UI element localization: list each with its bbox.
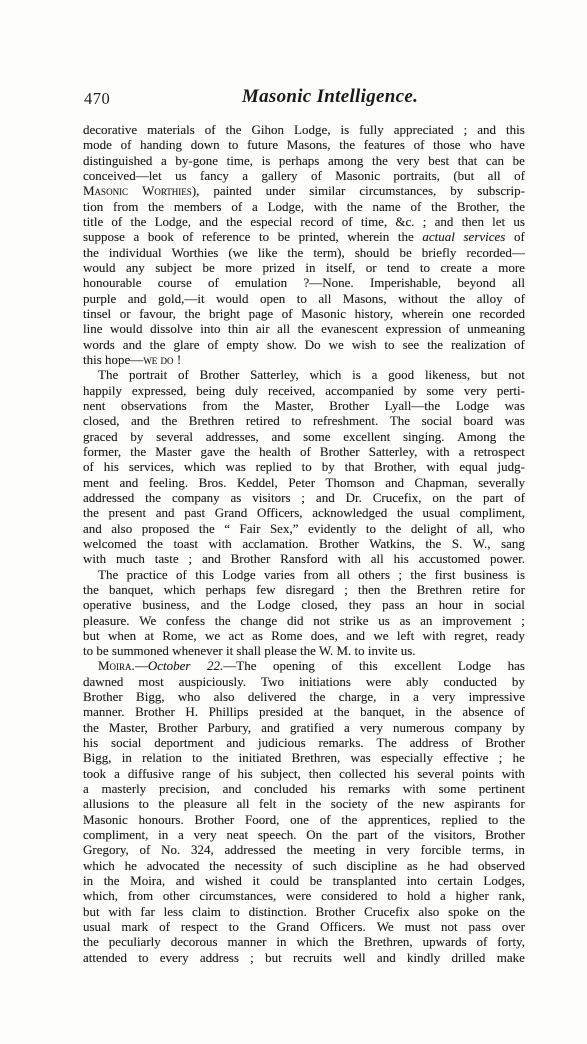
text-line: amasterlyprecision,andconcludedhisremark… [83,781,525,796]
text-line: Gregory,ofNo.324,addressedthemeetinginve… [83,842,525,857]
text-line: allusionstothepleasureallfeltinthesociet… [83,796,525,811]
text-line: purpleandgold,—itwouldopentoallMasons,wi… [83,291,525,306]
page-title: Masonic Intelligence. [83,86,525,108]
text-line: former,theMastergavethehealthofBrotherSa… [83,444,525,459]
text-line: withmuchtaste;andBrotherRansfordwithallh… [83,551,525,566]
text-line: hissocialdeportmentandjudiciousremarks.T… [83,735,525,750]
scanned-page: 470 Masonic Intelligence. decorativemate… [0,0,587,1044]
text-line: Moira.—October22.—Theopeningofthisexcell… [83,658,525,673]
text-line: tookadiffusiverangeofhissubject,thencoll… [83,766,525,781]
text-line: manner.BrotherH.Phillipspresidedattheban… [83,704,525,719]
text-line: theMaster,BrotherParbury,andgratifiedave… [83,720,525,735]
text-line: Masonichonours.BrotherFoord,oneoftheappr… [83,812,525,827]
page-body-text: decorativematerialsoftheGihonLodge,isful… [83,122,525,965]
text-line: andalsoproposedthe“FairSex,”evidentlytot… [83,521,525,536]
text-line: thepresentandpastGrandOfficers,acknowled… [83,505,525,520]
text-line: MasonicWorthies),paintedundersimilarcirc… [83,183,525,198]
text-line: nentobservationsfromtheMaster,BrotherLya… [83,398,525,413]
text-line: dawnedmostauspiciously.Twoinitiationswer… [83,674,525,689]
text-line: operativebusiness,andtheLodgeclosed,they… [83,597,525,612]
text-line: welcomedthetoastwithacclamation.BrotherW… [83,536,525,551]
text-line: closed,andtheBrethrenretiredtorefreshmen… [83,413,525,428]
text-line: linewoulddissolveintothinairalltheevanes… [83,321,525,336]
text-line: ofhisservices,whichwasrepliedtobythatBro… [83,459,525,474]
text-line: this hope—we do ! [83,352,525,367]
text-line: BrotherBigg,whoalsodeliveredthecharge,in… [83,689,525,704]
text-line: theindividualWorthies(weliketheterm),sho… [83,245,525,260]
text-line: titleoftheLodge,andtheespecialrecordofti… [83,214,525,229]
text-column: 470 Masonic Intelligence. decorativemate… [83,86,525,965]
text-line: honourablecourseofemulation?—None.Imperi… [83,275,525,290]
text-line: thepeculiarlydecorousmannerinwhichtheBre… [83,934,525,949]
text-line: to be summoned whenever it shall please … [83,643,525,658]
text-line: tinselorfavour,thebrightpageofMasonichis… [83,306,525,321]
text-line: wordsandtheglareofemptyshow.Dowewishtose… [83,337,525,352]
text-line: modeofhandingdowntofutureMasons,thefeatu… [83,137,525,152]
text-line: addressedthecompanyasvisitors;andDr.Cruc… [83,490,525,505]
text-line: thebanquet,whichperhapsfewdisregard;then… [83,582,525,597]
text-line: decorativematerialsoftheGihonLodge,isful… [83,122,525,137]
text-line: butwhenatRome,weactasRomedoes,andweleftw… [83,628,525,643]
text-line: wouldanysubjectbemoreprizedinitself,orte… [83,260,525,275]
text-line: supposeabookofreferencetobeprinted,where… [83,229,525,244]
text-line: butwithfarlessclaimtodistinction.Brother… [83,904,525,919]
text-line: compliment,inaveryneatspeech.Onthepartof… [83,827,525,842]
text-line: TheportraitofBrotherSatterley,whichisago… [83,367,525,382]
text-line: happilyexpressed,beingdulyreceived,accom… [83,383,525,398]
text-line: attendedtoeveryaddress;butrecruitswellan… [83,950,525,965]
text-line: usualmarkofrespecttotheGrandOfficers.Wem… [83,919,525,934]
text-line: distinguishedaby-gonetime,isperhapsamong… [83,153,525,168]
text-line: Bigg,inrelationtotheinitiatedBrethren,wa… [83,750,525,765]
text-line: whichheadvocatedthenecessityofsuchdiscip… [83,858,525,873]
text-line: which,fromothercircumstances,wereconside… [83,888,525,903]
text-line: pleasure.Weconfessthechangedidnotstrikeu… [83,613,525,628]
text-line: mentandfeeling.Bros.Keddel,PeterThomsona… [83,475,525,490]
text-line: tionfromthemembersofaLodge,withthenameof… [83,199,525,214]
page-header: 470 Masonic Intelligence. [83,86,525,122]
text-line: gracedbyseveraladdresses,andsomeexcellen… [83,429,525,444]
text-line: ThepracticeofthisLodgevariesfromallother… [83,567,525,582]
text-line: conceived—letusfancyagalleryofMasonicpor… [83,168,525,183]
text-line: intheMoira,andwisheditcouldbetransplante… [83,873,525,888]
